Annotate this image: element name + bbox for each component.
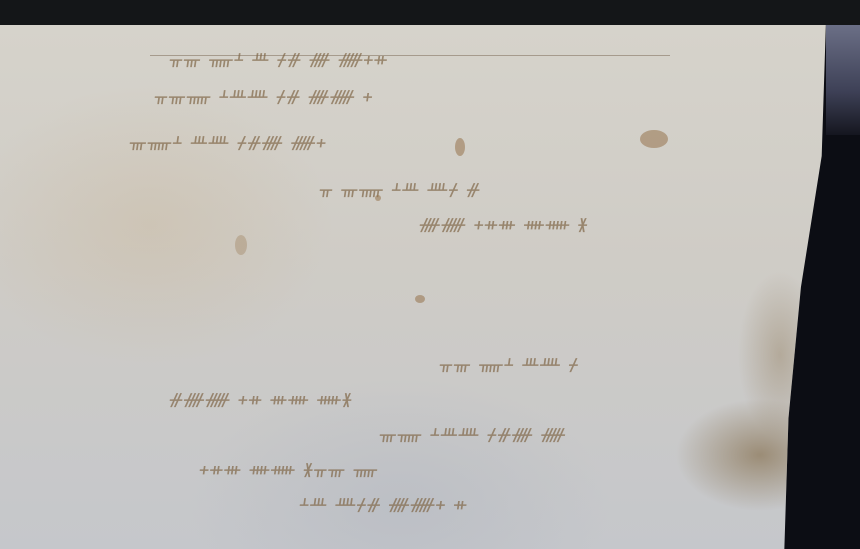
inscription-row: ᚂᚃ ᚅᚆ ᚈ ᚋᚌ ᚎ ᚏᚐᚑ <box>0 50 830 70</box>
inscription-text: ᚐᚑᚒ ᚓᚔ ᚕᚂᚃ ᚅ <box>199 460 381 480</box>
inscription-text: ᚂ ᚃᚅ ᚆᚈ ᚉᚋ ᚌ <box>319 180 483 200</box>
inscription-row: ᚆᚈ ᚉᚋᚌ ᚎᚏᚐ ᚑ <box>0 495 830 515</box>
stone-pit <box>375 195 381 201</box>
stone-pit <box>640 130 668 148</box>
inscription-text: ᚂᚃ ᚅᚆ ᚈᚉ ᚋ <box>439 355 581 375</box>
inscription-row: ᚐᚑᚒ ᚓᚔ ᚕᚂᚃ ᚅ <box>0 460 830 480</box>
stone-pit <box>455 138 465 156</box>
inscription-row: ᚎᚏ ᚐᚑᚒ ᚓᚔ ᚕ <box>0 215 830 235</box>
inscription-text: ᚃᚅ ᚆᚈᚉ ᚋᚌᚎ ᚏ <box>379 425 569 445</box>
inscription-row: ᚃᚅᚆ ᚈᚉ ᚋᚌᚎ ᚏᚐ <box>0 133 830 153</box>
inscription-text: ᚌᚎᚏ ᚐᚑ ᚒᚓ ᚔᚕ <box>169 390 355 410</box>
stone-tablet: ᚂᚃ ᚅᚆ ᚈ ᚋᚌ ᚎ ᚏᚐᚑ ᚂᚃᚅ ᚆᚈᚉ ᚋᚌ ᚎᚏ ᚐ ᚃᚅᚆ ᚈᚉ … <box>0 25 830 549</box>
top-black-bar <box>0 0 860 25</box>
inscription-text: ᚂᚃᚅ ᚆᚈᚉ ᚋᚌ ᚎᚏ ᚐ <box>154 87 376 107</box>
stone-pit <box>235 235 247 255</box>
inscription-text: ᚆᚈ ᚉᚋᚌ ᚎᚏᚐ ᚑ <box>299 495 470 515</box>
inscription-row: ᚂ ᚃᚅ ᚆᚈ ᚉᚋ ᚌ <box>0 180 830 200</box>
stone-pit <box>415 295 425 303</box>
inscription-row: ᚌᚎᚏ ᚐᚑ ᚒᚓ ᚔᚕ <box>0 390 830 410</box>
inscription-text: ᚎᚏ ᚐᚑᚒ ᚓᚔ ᚕ <box>419 215 591 235</box>
cloth-fold <box>826 25 860 135</box>
inscription-text: ᚃᚅᚆ ᚈᚉ ᚋᚌᚎ ᚏᚐ <box>129 133 329 153</box>
inscription-row: ᚃᚅ ᚆᚈᚉ ᚋᚌᚎ ᚏ <box>0 425 830 445</box>
inscription-text: ᚂᚃ ᚅᚆ ᚈ ᚋᚌ ᚎ ᚏᚐᚑ <box>169 50 391 70</box>
inscription-row: ᚂᚃ ᚅᚆ ᚈᚉ ᚋ <box>0 355 830 375</box>
inscription-row: ᚂᚃᚅ ᚆᚈᚉ ᚋᚌ ᚎᚏ ᚐ <box>0 87 830 107</box>
